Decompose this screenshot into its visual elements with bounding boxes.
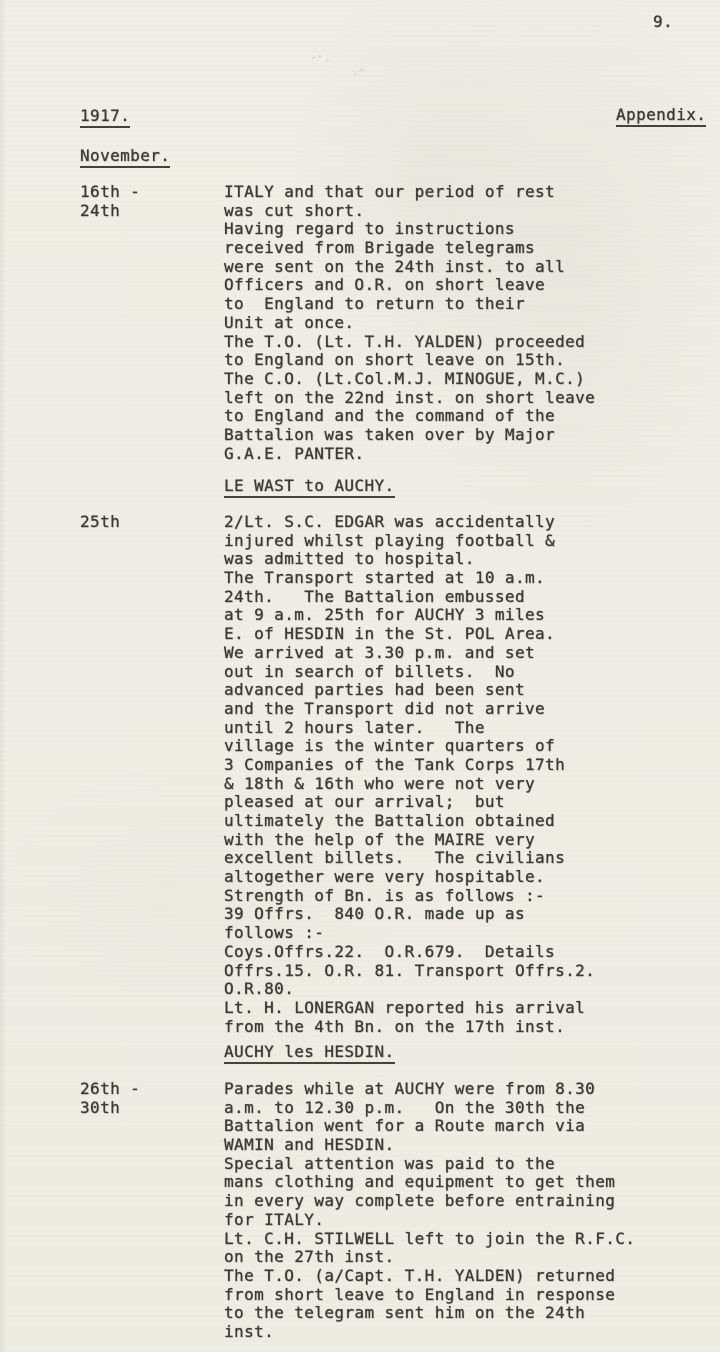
text-line: to England to return to their (224, 295, 595, 314)
text-line: follows :- (224, 924, 595, 943)
text-line: to England on short leave on 15th. (224, 351, 595, 370)
entry-1-body: ITALY and that our period of restwas cut… (224, 183, 595, 463)
text-line: Lt. C.H. STILWELL left to join the R.F.C… (224, 1230, 635, 1249)
text-line: WAMIN and HESDIN. (224, 1136, 635, 1155)
text-line: mans clothing and equipment to get them (224, 1173, 635, 1192)
text-line: Special attention was paid to the (224, 1155, 635, 1174)
text-line: received from Brigade telegrams (224, 239, 595, 258)
text-line: until 2 hours later. The (224, 719, 595, 738)
text-line: inst. (224, 1323, 635, 1342)
text-line: ITALY and that our period of rest (224, 183, 595, 202)
text-line: Coys.Offrs.22. O.R.679. Details (224, 943, 595, 962)
text-line: to the telegram sent him on the 24th (224, 1304, 635, 1323)
entry-2-body: 2/Lt. S.C. EDGAR was accidentallyinjured… (224, 513, 595, 1036)
text-line: 3 Companies of the Tank Corps 17th (224, 756, 595, 775)
text-line: The T.O. (a/Capt. T.H. YALDEN) returned (224, 1267, 635, 1286)
text-line: village is the winter quarters of (224, 737, 595, 756)
text-line: altogether were very hospitable. (224, 868, 595, 887)
text-line: from short leave to England in response (224, 1286, 635, 1305)
text-line: The Transport started at 10 a.m. (224, 569, 595, 588)
text-line: was admitted to hospital. (224, 550, 595, 569)
text-line: E. of HESDIN in the St. POL Area. (224, 625, 595, 644)
text-line: Having regard to instructions (224, 220, 595, 239)
month-heading: November. (80, 146, 170, 168)
text-line: advanced parties had been sent (224, 681, 595, 700)
text-line: 2/Lt. S.C. EDGAR was accidentally (224, 513, 595, 532)
text-line: Parades while at AUCHY were from 8.30 (224, 1080, 635, 1099)
section-heading-text: AUCHY les HESDIN. (224, 1042, 395, 1064)
text-line: Offrs.15. O.R. 81. Transport Offrs.2. (224, 962, 595, 981)
pencil-smudge: -·¸ (309, 49, 330, 65)
text-line: at 9 a.m. 25th for AUCHY 3 miles (224, 606, 595, 625)
entry-1-dates: 16th -24th (80, 183, 140, 220)
text-line: 16th - (80, 183, 140, 202)
text-line: Battalion went for a Route march via (224, 1117, 635, 1136)
text-line: 24th (80, 202, 140, 221)
text-line: ultimately the Battalion obtained (224, 812, 595, 831)
text-line: Battalion was taken over by Major (224, 426, 595, 445)
text-line: The C.O. (Lt.Col.M.J. MINOGUE, M.C.) (224, 370, 595, 389)
text-line: 26th - (80, 1080, 140, 1099)
text-line: out in search of billets. No (224, 663, 595, 682)
text-line: to England and the command of the (224, 407, 595, 426)
appendix-heading: Appendix. (616, 105, 706, 127)
appendix-heading-text: Appendix. (616, 105, 706, 127)
text-line: from the 4th Bn. on the 17th inst. (224, 1018, 595, 1037)
text-line: G.A.E. PANTER. (224, 445, 595, 464)
entry-3-dates: 26th -30th (80, 1080, 140, 1117)
text-line: pleased at our arrival; but (224, 793, 595, 812)
text-line: & 18th & 16th who were not very (224, 775, 595, 794)
text-line: The T.O. (Lt. T.H. YALDEN) proceeded (224, 333, 595, 352)
text-line: injured whilst playing football & (224, 532, 595, 551)
month-heading-text: November. (80, 146, 170, 168)
pencil-smudge: ·˜ (351, 67, 366, 82)
text-line: Strength of Bn. is as follows :- (224, 887, 595, 906)
text-line: We arrived at 3.30 p.m. and set (224, 644, 595, 663)
text-line: excellent billets. The civilians (224, 849, 595, 868)
entry-2-dates: 25th (80, 513, 120, 532)
text-line: a.m. to 12.30 p.m. On the 30th the (224, 1099, 635, 1118)
text-line: left on the 22nd inst. on short leave (224, 389, 595, 408)
text-line: O.R.80. (224, 980, 595, 999)
text-line: Unit at once. (224, 314, 595, 333)
text-line: was cut short. (224, 202, 595, 221)
text-line: in every way complete before entraining (224, 1192, 635, 1211)
year-heading: 1917. (80, 106, 130, 128)
text-line: 30th (80, 1099, 140, 1118)
section-heading-text: LE WAST to AUCHY. (224, 476, 395, 498)
text-line: were sent on the 24th inst. to all (224, 258, 595, 277)
text-line: 39 Offrs. 840 O.R. made up as (224, 905, 595, 924)
text-line: and the Transport did not arrive (224, 700, 595, 719)
text-line: on the 27th inst. (224, 1248, 635, 1267)
page-number: 9. (653, 12, 673, 31)
entry-3-body: Parades while at AUCHY were from 8.30a.m… (224, 1080, 635, 1342)
section-heading-le-wast-to-auchy: LE WAST to AUCHY. (224, 476, 395, 498)
text-line: with the help of the MAIRE very (224, 831, 595, 850)
text-line: 25th (80, 513, 120, 532)
text-line: Lt. H. LONERGAN reported his arrival (224, 999, 595, 1018)
document-page: -·¸ ·˜ 9. 1917. Appendix. November. 16th… (0, 0, 720, 1352)
text-line: Officers and O.R. on short leave (224, 276, 595, 295)
text-line: for ITALY. (224, 1211, 635, 1230)
year-heading-text: 1917. (80, 106, 130, 128)
page-edge-shadow (0, 0, 6, 1352)
section-heading-auchy-les-hesdin: AUCHY les HESDIN. (224, 1042, 395, 1064)
text-line: 24th. The Battalion embussed (224, 588, 595, 607)
